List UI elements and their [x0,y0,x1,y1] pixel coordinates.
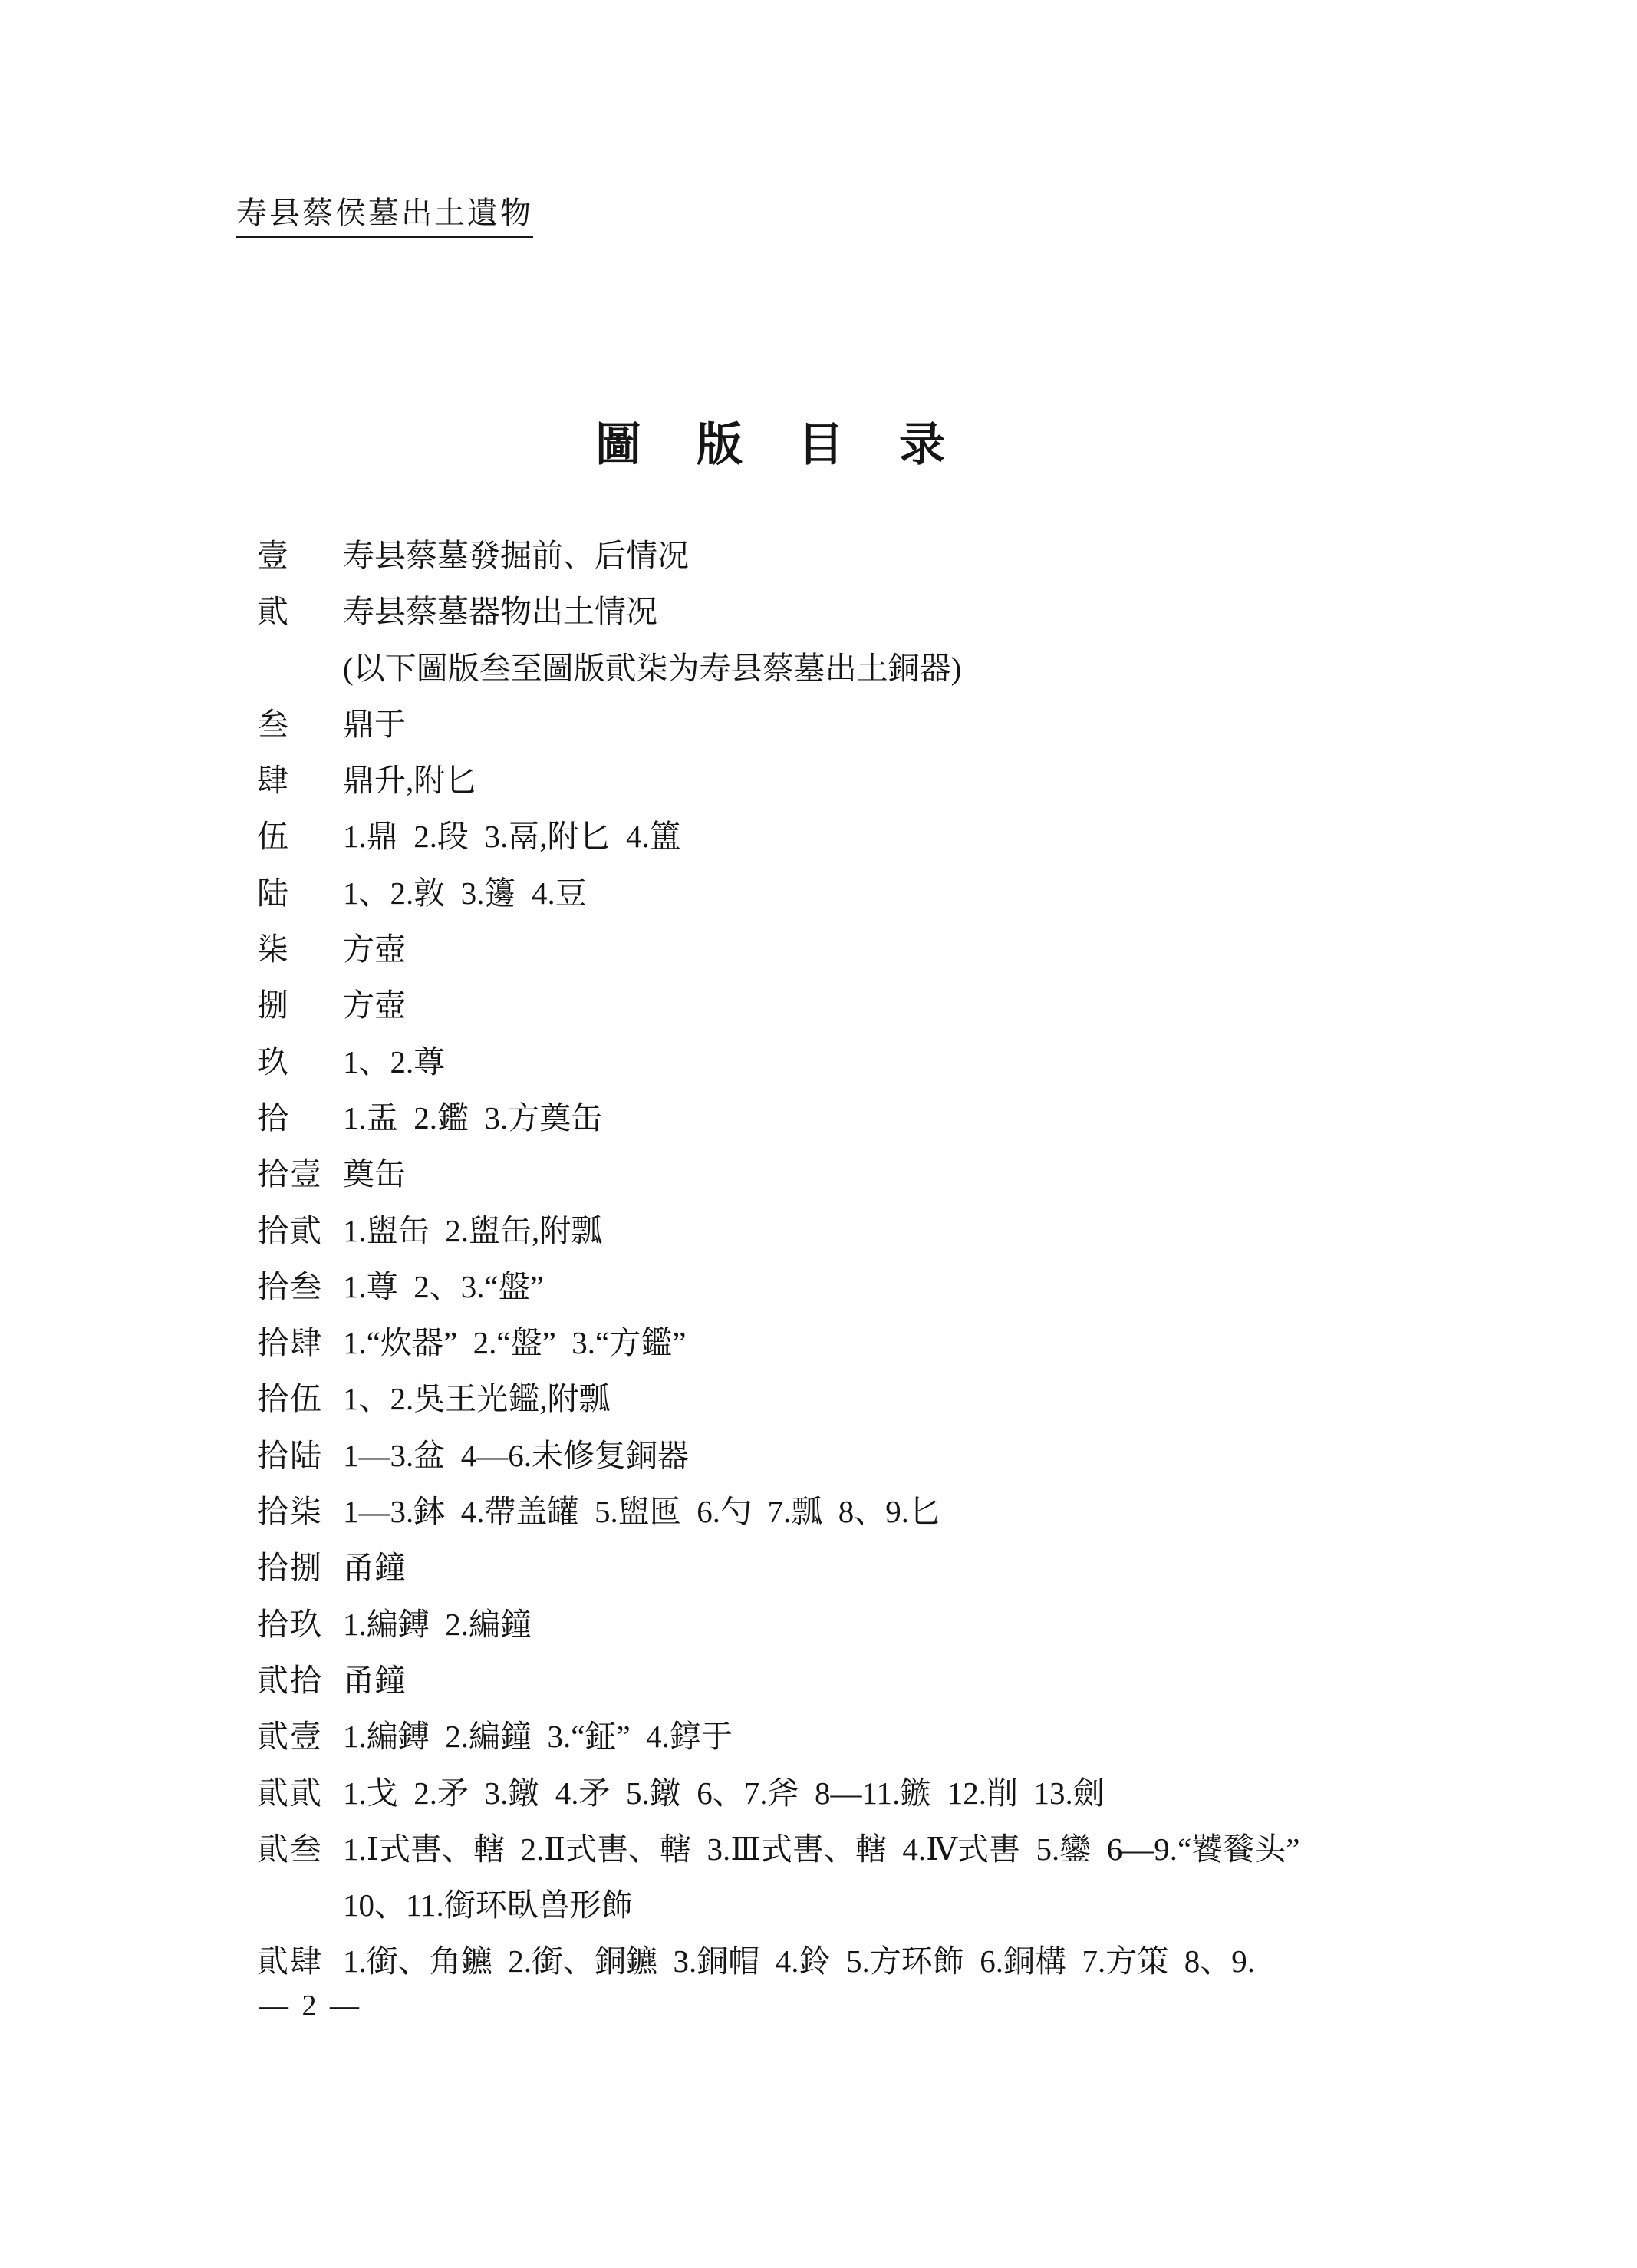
plate-caption: 1、2.敦 3.籩 4.豆 [343,865,587,921]
toc-row: 拾貮 1.盥缶 2.盥缶,附瓢 [257,1203,1576,1259]
plate-number: 拾玖 [257,1597,343,1653]
toc-row: 貮 寿县蔡墓器物出土情况 [257,584,1576,640]
toc-row: 拾捌 甬鐘 [257,1540,1576,1596]
plate-number: 貮貮 [257,1765,343,1821]
toc-row: 拾陆 1—3.盆 4—6.未修复銅器 [257,1428,1576,1484]
plate-caption: 甬鐘 [343,1540,406,1596]
plate-caption: 10、11.銜环臥兽形飾 [343,1877,633,1933]
scanned-document-page: 寿县蔡侯墓出土遺物 圖 版 目 录 壹 寿县蔡墓發掘前、后情况 貮 寿县蔡墓器物… [0,0,1637,2268]
toc-row: 拾 1.盂 2.鑑 3.方奠缶 [257,1090,1576,1146]
plate-caption: 1.尊 2、3.“盤” [343,1259,544,1315]
toc-row: 柒 方壺 [257,921,1576,977]
plate-caption: 1.盥缶 2.盥缶,附瓢 [343,1203,602,1259]
toc-row: 拾肆 1.“炊器” 2.“盤” 3.“方鑑” [257,1315,1576,1371]
plate-number: 貮拾 [257,1653,343,1709]
plate-caption: 1.“炊器” 2.“盤” 3.“方鑑” [343,1315,686,1371]
plate-caption: 1—3.盆 4—6.未修复銅器 [343,1428,689,1484]
toc-row: 貮叁 1.Ⅰ式軎、轄 2.Ⅱ式軎、轄 3.Ⅲ式軎、轄 4.Ⅳ式軎 5.鑾 6—9… [257,1821,1576,1877]
toc-row: 貮貮 1.戈 2.矛 3.鐓 4.矛 5.鐓 6、7.斧 8—11.鏃 12.削… [257,1765,1576,1821]
toc-row: 捌 方壺 [257,977,1576,1033]
toc-row: 拾壹 奠缶 [257,1146,1576,1202]
running-header: 寿县蔡侯墓出土遺物 [236,189,533,238]
toc-row: 壹 寿县蔡墓發掘前、后情况 [257,528,1576,584]
plate-caption: 甬鐘 [343,1653,406,1709]
plate-caption: 1—3.鉢 4.帶盖罐 5.盥匜 6.勺 7.瓢 8、9.匕 [343,1484,940,1540]
plate-caption: 1.編鎛 2.編鐘 3.“鉦” 4.錞于 [343,1709,733,1765]
toc-row: 拾伍 1、2.吳王光鑑,附瓢 [257,1371,1576,1427]
plate-number: 拾伍 [257,1371,343,1427]
plate-number: 拾壹 [257,1146,343,1202]
plate-caption: 方壺 [343,977,406,1033]
plate-number: 拾柒 [257,1484,343,1540]
plate-number: 貮 [257,584,343,640]
plate-number: 玖 [257,1034,343,1090]
plate-caption: 寿县蔡墓器物出土情况 [343,584,657,640]
plate-caption: 寿县蔡墓發掘前、后情况 [343,528,689,584]
plate-caption: 1.銜、角鑣 2.銜、銅鑣 3.銅帽 4.鈴 5.方环飾 6.銅構 7.方策 8… [343,1933,1255,1989]
plate-number: 貮叁 [257,1821,343,1877]
toc-row: 拾玖 1.編鎛 2.編鐘 [257,1597,1576,1653]
plate-caption: 1.Ⅰ式軎、轄 2.Ⅱ式軎、轄 3.Ⅲ式軎、轄 4.Ⅳ式軎 5.鑾 6—9.“饕… [343,1821,1299,1877]
toc-row: 陆 1、2.敦 3.籩 4.豆 [257,865,1576,921]
toc-row-continuation: 10、11.銜环臥兽形飾 [257,1877,1576,1933]
toc-row: 玖 1、2.尊 [257,1034,1576,1090]
plate-caption: 1.編鎛 2.編鐘 [343,1597,532,1653]
page-title: 圖 版 目 录 [0,408,1545,474]
toc-row: 拾柒 1—3.鉢 4.帶盖罐 5.盥匜 6.勺 7.瓢 8、9.匕 [257,1484,1576,1540]
toc-row: 拾叁 1.尊 2、3.“盤” [257,1259,1576,1315]
plate-number: 貮壹 [257,1709,343,1765]
plate-caption: 1、2.吳王光鑑,附瓢 [343,1371,611,1427]
plate-number: 柒 [257,921,343,977]
plate-number: 拾捌 [257,1540,343,1596]
plate-number: 陆 [257,865,343,921]
plate-caption: 鼎升,附匕 [343,753,476,809]
plate-number: 貮肆 [257,1933,343,1989]
page-number: — 2 — [259,1989,362,2022]
plate-number: 拾肆 [257,1315,343,1371]
toc-row: 肆 鼎升,附匕 [257,753,1576,809]
plate-caption: 1、2.尊 [343,1034,445,1090]
plate-catalog-list: 壹 寿县蔡墓發掘前、后情况 貮 寿县蔡墓器物出土情况 (以下圖版叁至圖版貮柒为寿… [257,528,1576,1990]
plate-caption: 方壺 [343,921,406,977]
toc-row: 貮壹 1.編鎛 2.編鐘 3.“鉦” 4.錞于 [257,1709,1576,1765]
plate-number: 捌 [257,977,343,1033]
toc-row: 叁 鼎于 [257,697,1576,753]
toc-note-row: (以下圖版叁至圖版貮柒为寿县蔡墓出土銅器) [257,641,1576,697]
plate-caption: 1.盂 2.鑑 3.方奠缶 [343,1090,602,1146]
plate-caption: 1.鼎 2.段 3.鬲,附匕 4.簠 [343,809,681,865]
plate-number: 拾 [257,1090,343,1146]
toc-row: 伍 1.鼎 2.段 3.鬲,附匕 4.簠 [257,809,1576,865]
plate-caption: 鼎于 [343,697,406,753]
plate-number: 拾叁 [257,1259,343,1315]
plate-caption: 1.戈 2.矛 3.鐓 4.矛 5.鐓 6、7.斧 8—11.鏃 12.削 13… [343,1765,1105,1821]
toc-row: 貮拾 甬鐘 [257,1653,1576,1709]
plate-number: 叁 [257,697,343,753]
catalog-note: (以下圖版叁至圖版貮柒为寿县蔡墓出土銅器) [343,641,961,697]
plate-number: 伍 [257,809,343,865]
plate-number: 拾貮 [257,1203,343,1259]
plate-number: 拾陆 [257,1428,343,1484]
plate-number: 壹 [257,528,343,584]
toc-row: 貮肆 1.銜、角鑣 2.銜、銅鑣 3.銅帽 4.鈴 5.方环飾 6.銅構 7.方… [257,1933,1576,1989]
plate-caption: 奠缶 [343,1146,406,1202]
plate-number: 肆 [257,753,343,809]
